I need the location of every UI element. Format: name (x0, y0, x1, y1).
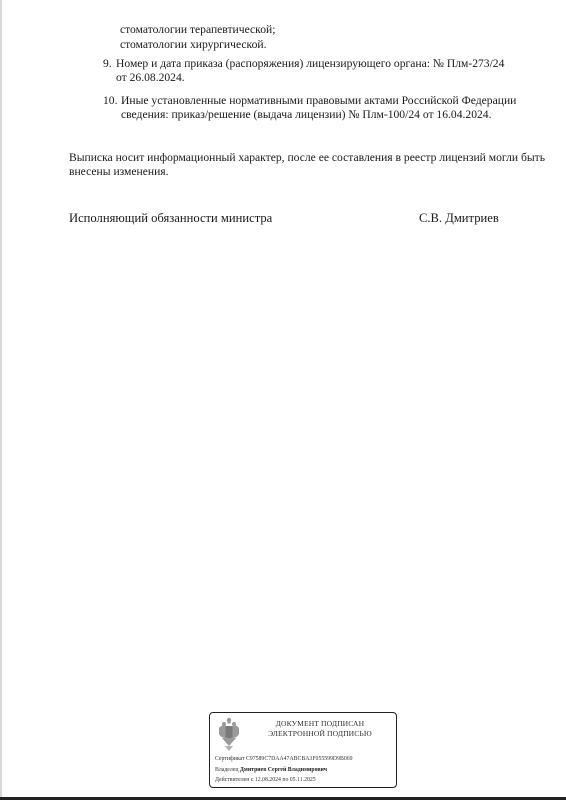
stamp-title-line: ДОКУМЕНТ ПОДПИСАН (250, 719, 390, 729)
validity-value: с 12.08.2024 по 05.11.2025 (251, 777, 316, 783)
disclaimer-note-continued: внесены изменения. (69, 165, 169, 179)
signatory-position: Исполняющий обязанности министра (69, 211, 272, 225)
item-number: 10. (103, 94, 118, 108)
document-page: стоматологии терапевтической; стоматолог… (0, 0, 566, 797)
owner-label: Владелец (215, 767, 238, 773)
item-text-continued: от 26.08.2024. (116, 71, 185, 85)
owner-value: Дмитриев Сергей Владимирович (240, 767, 327, 773)
electronic-signature-stamp: ДОКУМЕНТ ПОДПИСАН ЭЛЕКТРОННОЙ ПОДПИСЬЮ С… (209, 712, 397, 788)
certificate-value: C97589C7DAA47ABCBA3F055599D9B069 (246, 756, 353, 762)
list-subitem: стоматологии хирургической. (120, 38, 267, 52)
validity-label: Действителен (215, 777, 249, 783)
stamp-owner: Владелец Дмитриев Сергей Владимирович (215, 767, 327, 774)
certificate-label: Сертификат (215, 756, 245, 762)
item-text: Иные установленные нормативными правовым… (121, 94, 516, 108)
item-text-continued: сведения: приказ/решение (выдача лицензи… (121, 108, 492, 122)
stamp-certificate: Сертификат C97589C7DAA47ABCBA3F055599D9B… (215, 756, 353, 763)
item-number: 9. (103, 57, 112, 71)
stamp-title-line: ЭЛЕКТРОННОЙ ПОДПИСЬЮ (250, 729, 390, 739)
list-subitem: стоматологии терапевтической; (120, 23, 275, 37)
signatory-name: С.В. Дмитриев (419, 211, 499, 225)
disclaimer-note: Выписка носит информационный характер, п… (69, 151, 545, 165)
stamp-title: ДОКУМЕНТ ПОДПИСАН ЭЛЕКТРОННОЙ ПОДПИСЬЮ (250, 719, 390, 738)
stamp-validity: Действителен с 12.08.2024 по 05.11.2025 (215, 777, 316, 784)
coat-of-arms-icon (216, 716, 242, 752)
item-text: Номер и дата приказа (распоряжения) лице… (116, 57, 504, 71)
